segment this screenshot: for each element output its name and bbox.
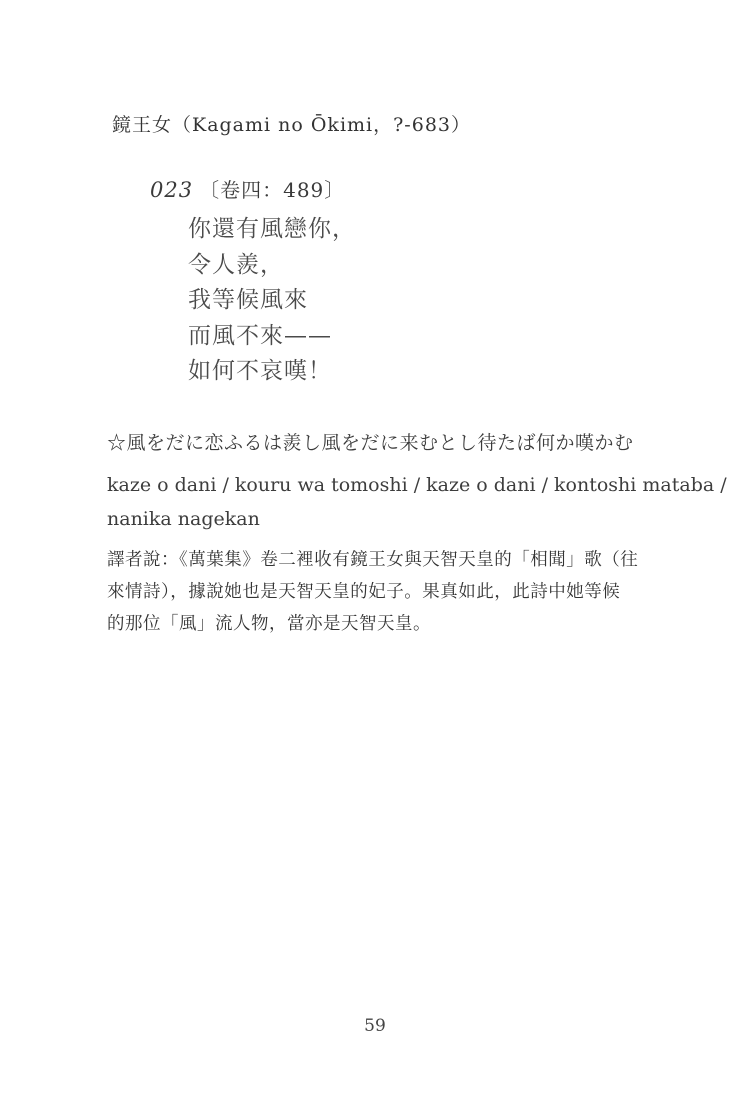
poem-line: 如何不哀嘆！ xyxy=(188,354,356,390)
poem-number: 023 xyxy=(150,178,193,202)
poem-number-line: 023〔卷四：489〕 xyxy=(150,174,345,203)
book-page: 鏡王女（Kagami no Ōkimi，?-683） 023〔卷四：489〕 你… xyxy=(0,0,750,1100)
translator-note-line: 來情詩），據說她也是天智天皇的妃子。果真如此，此詩中她等候 xyxy=(107,576,638,608)
poem-line: 而風不來—— xyxy=(188,319,356,355)
poem-line: 令人羨， xyxy=(188,248,356,284)
poem-body: 你還有風戀你， 令人羨， 我等候風來 而風不來—— 如何不哀嘆！ xyxy=(188,212,356,390)
original-poem-block: ☆風をだに恋ふるは羨し風をだに来むとし待たば何か嘆かむ kaze o dani … xyxy=(107,428,727,536)
translator-note-line: 的那位「風」流人物，當亦是天智天皇。 xyxy=(107,608,638,640)
poem-line: 我等候風來 xyxy=(188,283,356,319)
romaji-line: kaze o dani / kouru wa tomoshi / kaze o … xyxy=(107,468,727,502)
translator-note: 譯者說：《萬葉集》卷二裡收有鏡王女與天智天皇的「相聞」歌（往 來情詩），據說她也… xyxy=(107,544,638,640)
original-japanese-line: ☆風をだに恋ふるは羨し風をだに来むとし待たば何か嘆かむ xyxy=(107,428,727,455)
poem-line: 你還有風戀你， xyxy=(188,212,356,248)
romaji-line: nanika nagekan xyxy=(107,502,727,536)
translator-note-line: 譯者說：《萬葉集》卷二裡收有鏡王女與天智天皇的「相聞」歌（往 xyxy=(107,544,638,576)
page-number: 59 xyxy=(0,1016,750,1036)
poem-source-reference: 〔卷四：489〕 xyxy=(199,178,345,202)
author-heading: 鏡王女（Kagami no Ōkimi，?-683） xyxy=(112,110,471,137)
